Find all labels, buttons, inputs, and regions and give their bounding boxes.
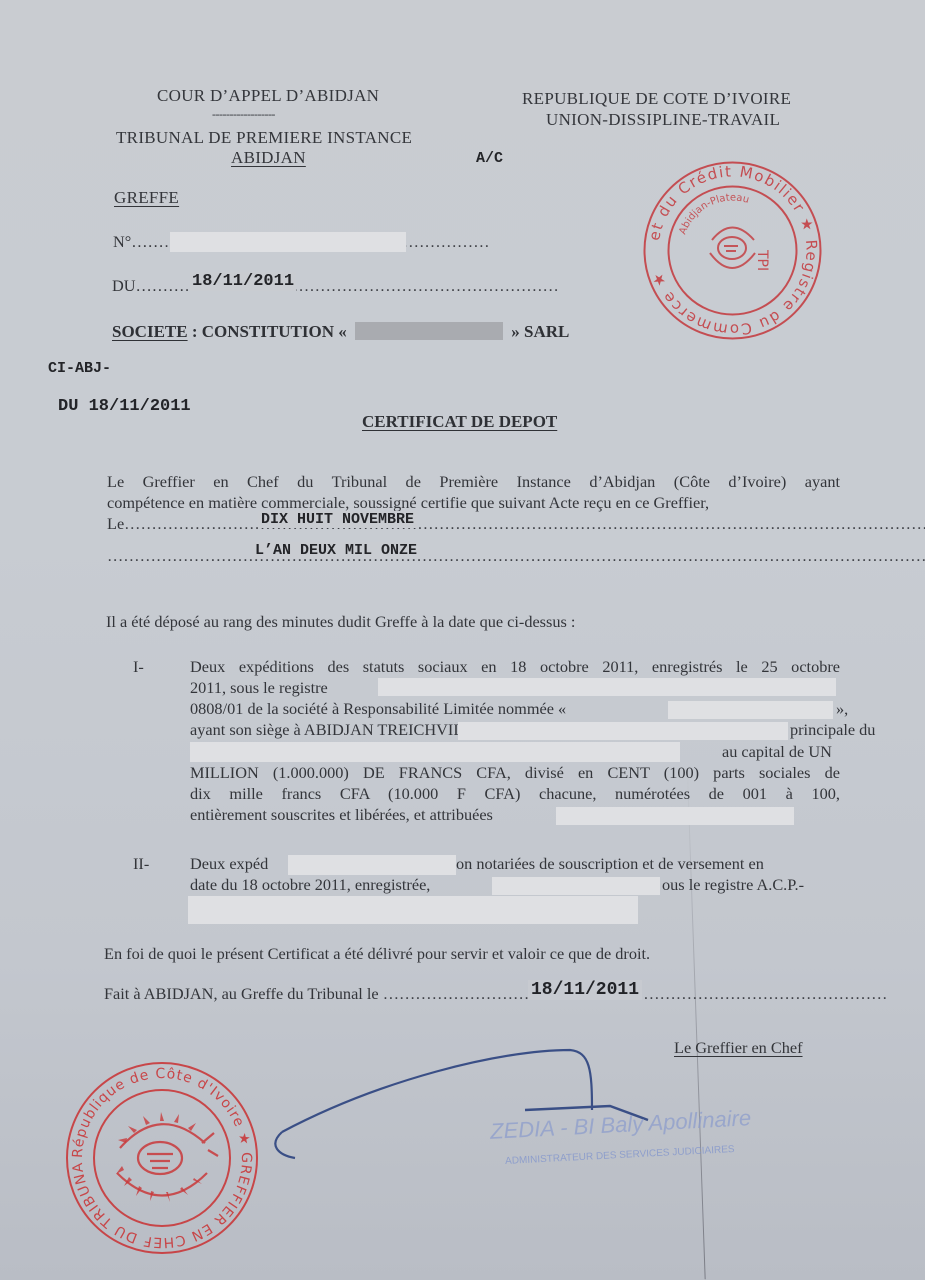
document-page: COUR D’APPEL D’ABIDJAN -----------------… — [0, 0, 925, 1280]
redacted-shareholders — [556, 807, 794, 825]
intro-year-line: …………………………………………………………………………………………………………… — [107, 546, 925, 566]
item-1-line-1: Deux expéditions des statuts sociaux en … — [190, 657, 840, 677]
le-label: Le — [107, 514, 124, 533]
ci-abj-code: CI-ABJ- — [48, 360, 111, 377]
item-2-line-1a: Deux expéd — [190, 854, 268, 874]
item-1-line-4: ayant son siège à ABIDJAN TREICHVILLE, — [190, 720, 487, 740]
item-1-line-8: entièrement souscrites et libérées, et a… — [190, 805, 493, 825]
intro-line-2: compétence en matière commerciale, souss… — [107, 493, 709, 513]
seal-tpi-icon: et du Crédit Mobilier ★ Registre du Comm… — [640, 158, 825, 343]
date-field: DU…………………………………………………………………… — [112, 276, 559, 296]
done-at-text: Fait à ABIDJAN, au Greffe du Tribunal le — [104, 984, 379, 1003]
redacted-company-name-2 — [668, 701, 833, 719]
redacted-registry — [378, 678, 836, 696]
item-1-line-6: MILLION (1.000.000) DE FRANCS CFA, divis… — [190, 763, 840, 783]
redacted-declaration — [288, 855, 456, 875]
item-2-marker: II- — [133, 854, 149, 874]
seal-greffe-icon: République de Côte d'Ivoire ★ GREFFIER E… — [62, 1058, 262, 1258]
done-at-line: Fait à ABIDJAN, au Greffe du Tribunal le… — [104, 984, 887, 1004]
date-in-words: DIX HUIT NOVEMBRE — [258, 511, 417, 528]
redacted-registry-2 — [492, 877, 660, 895]
signatory-title: Le Greffier en Chef — [674, 1038, 803, 1058]
tribunal-name: TRIBUNAL DE PREMIERE INSTANCE — [116, 128, 412, 148]
item-2-line-2b: ous le registre A.C.P.- — [662, 875, 804, 895]
intro-line-1: Le Greffier en Chef du Tribunal de Premi… — [107, 472, 840, 492]
tribunal-city: ABIDJAN — [231, 148, 306, 168]
greffe-label: GREFFE — [114, 188, 179, 208]
closing-statement: En foi de quoi le présent Certificat a é… — [104, 944, 650, 964]
societe-suffix: » SARL — [511, 322, 569, 341]
number-label: N°…… — [113, 232, 164, 251]
court-name: COUR D’APPEL D’ABIDJAN — [157, 86, 379, 106]
societe-text: : CONSTITUTION « — [192, 322, 347, 341]
item-1-line-2: 2011, sous le registre — [190, 678, 328, 698]
item-2-line-2a: date du 18 octobre 2011, enregistrée, — [190, 875, 430, 895]
redacted-company-name — [355, 322, 503, 340]
code-date: DU 18/11/2011 — [58, 397, 191, 416]
greffe-seal: République de Côte d'Ivoire ★ GREFFIER E… — [62, 1058, 262, 1258]
year-in-words: L’AN DEUX MIL ONZE — [252, 542, 420, 559]
svg-text:TPI: TPI — [754, 249, 770, 271]
annotation-ac: A/C — [476, 150, 503, 167]
redacted-registry-3 — [188, 896, 638, 924]
country-motto: UNION-DISSIPLINE-TRAVAIL — [546, 110, 780, 130]
item-1-line-4b: principale du — [790, 720, 875, 740]
item-1-line-7: dix mille francs CFA (10.000 F CFA) chac… — [190, 784, 840, 804]
item-2-line-1b: on notariées de souscription et de verse… — [456, 854, 764, 874]
item-1-close-quote: », — [836, 699, 848, 719]
item-1-line-3: 0808/01 de la société à Responsabilité L… — [190, 699, 566, 719]
certificate-title: CERTIFICAT DE DEPOT — [362, 412, 557, 432]
redacted-number — [170, 232, 406, 252]
societe-label: SOCIETE — [112, 322, 188, 341]
deposit-intro: Il a été déposé au rang des minutes dudi… — [106, 612, 575, 632]
registre-commerce-seal: et du Crédit Mobilier ★ Registre du Comm… — [640, 158, 825, 343]
country-name: REPUBLIQUE DE COTE D’IVOIRE — [522, 89, 791, 109]
item-1-line-5: au capital de UN — [722, 742, 832, 762]
redacted-activity — [458, 722, 788, 740]
done-at-date: 18/11/2011 — [528, 980, 642, 1000]
item-1-marker: I- — [133, 657, 144, 677]
intro-le-line: Le……………………………………………………………………………………………………… — [107, 514, 925, 534]
redacted-activity-2 — [190, 742, 680, 762]
date-value: 18/11/2011 — [190, 272, 296, 291]
date-label: DU……… — [112, 276, 184, 295]
societe-line: SOCIETE : CONSTITUTION « » SARL — [112, 322, 569, 342]
header-separator: ------------------ — [212, 107, 275, 122]
